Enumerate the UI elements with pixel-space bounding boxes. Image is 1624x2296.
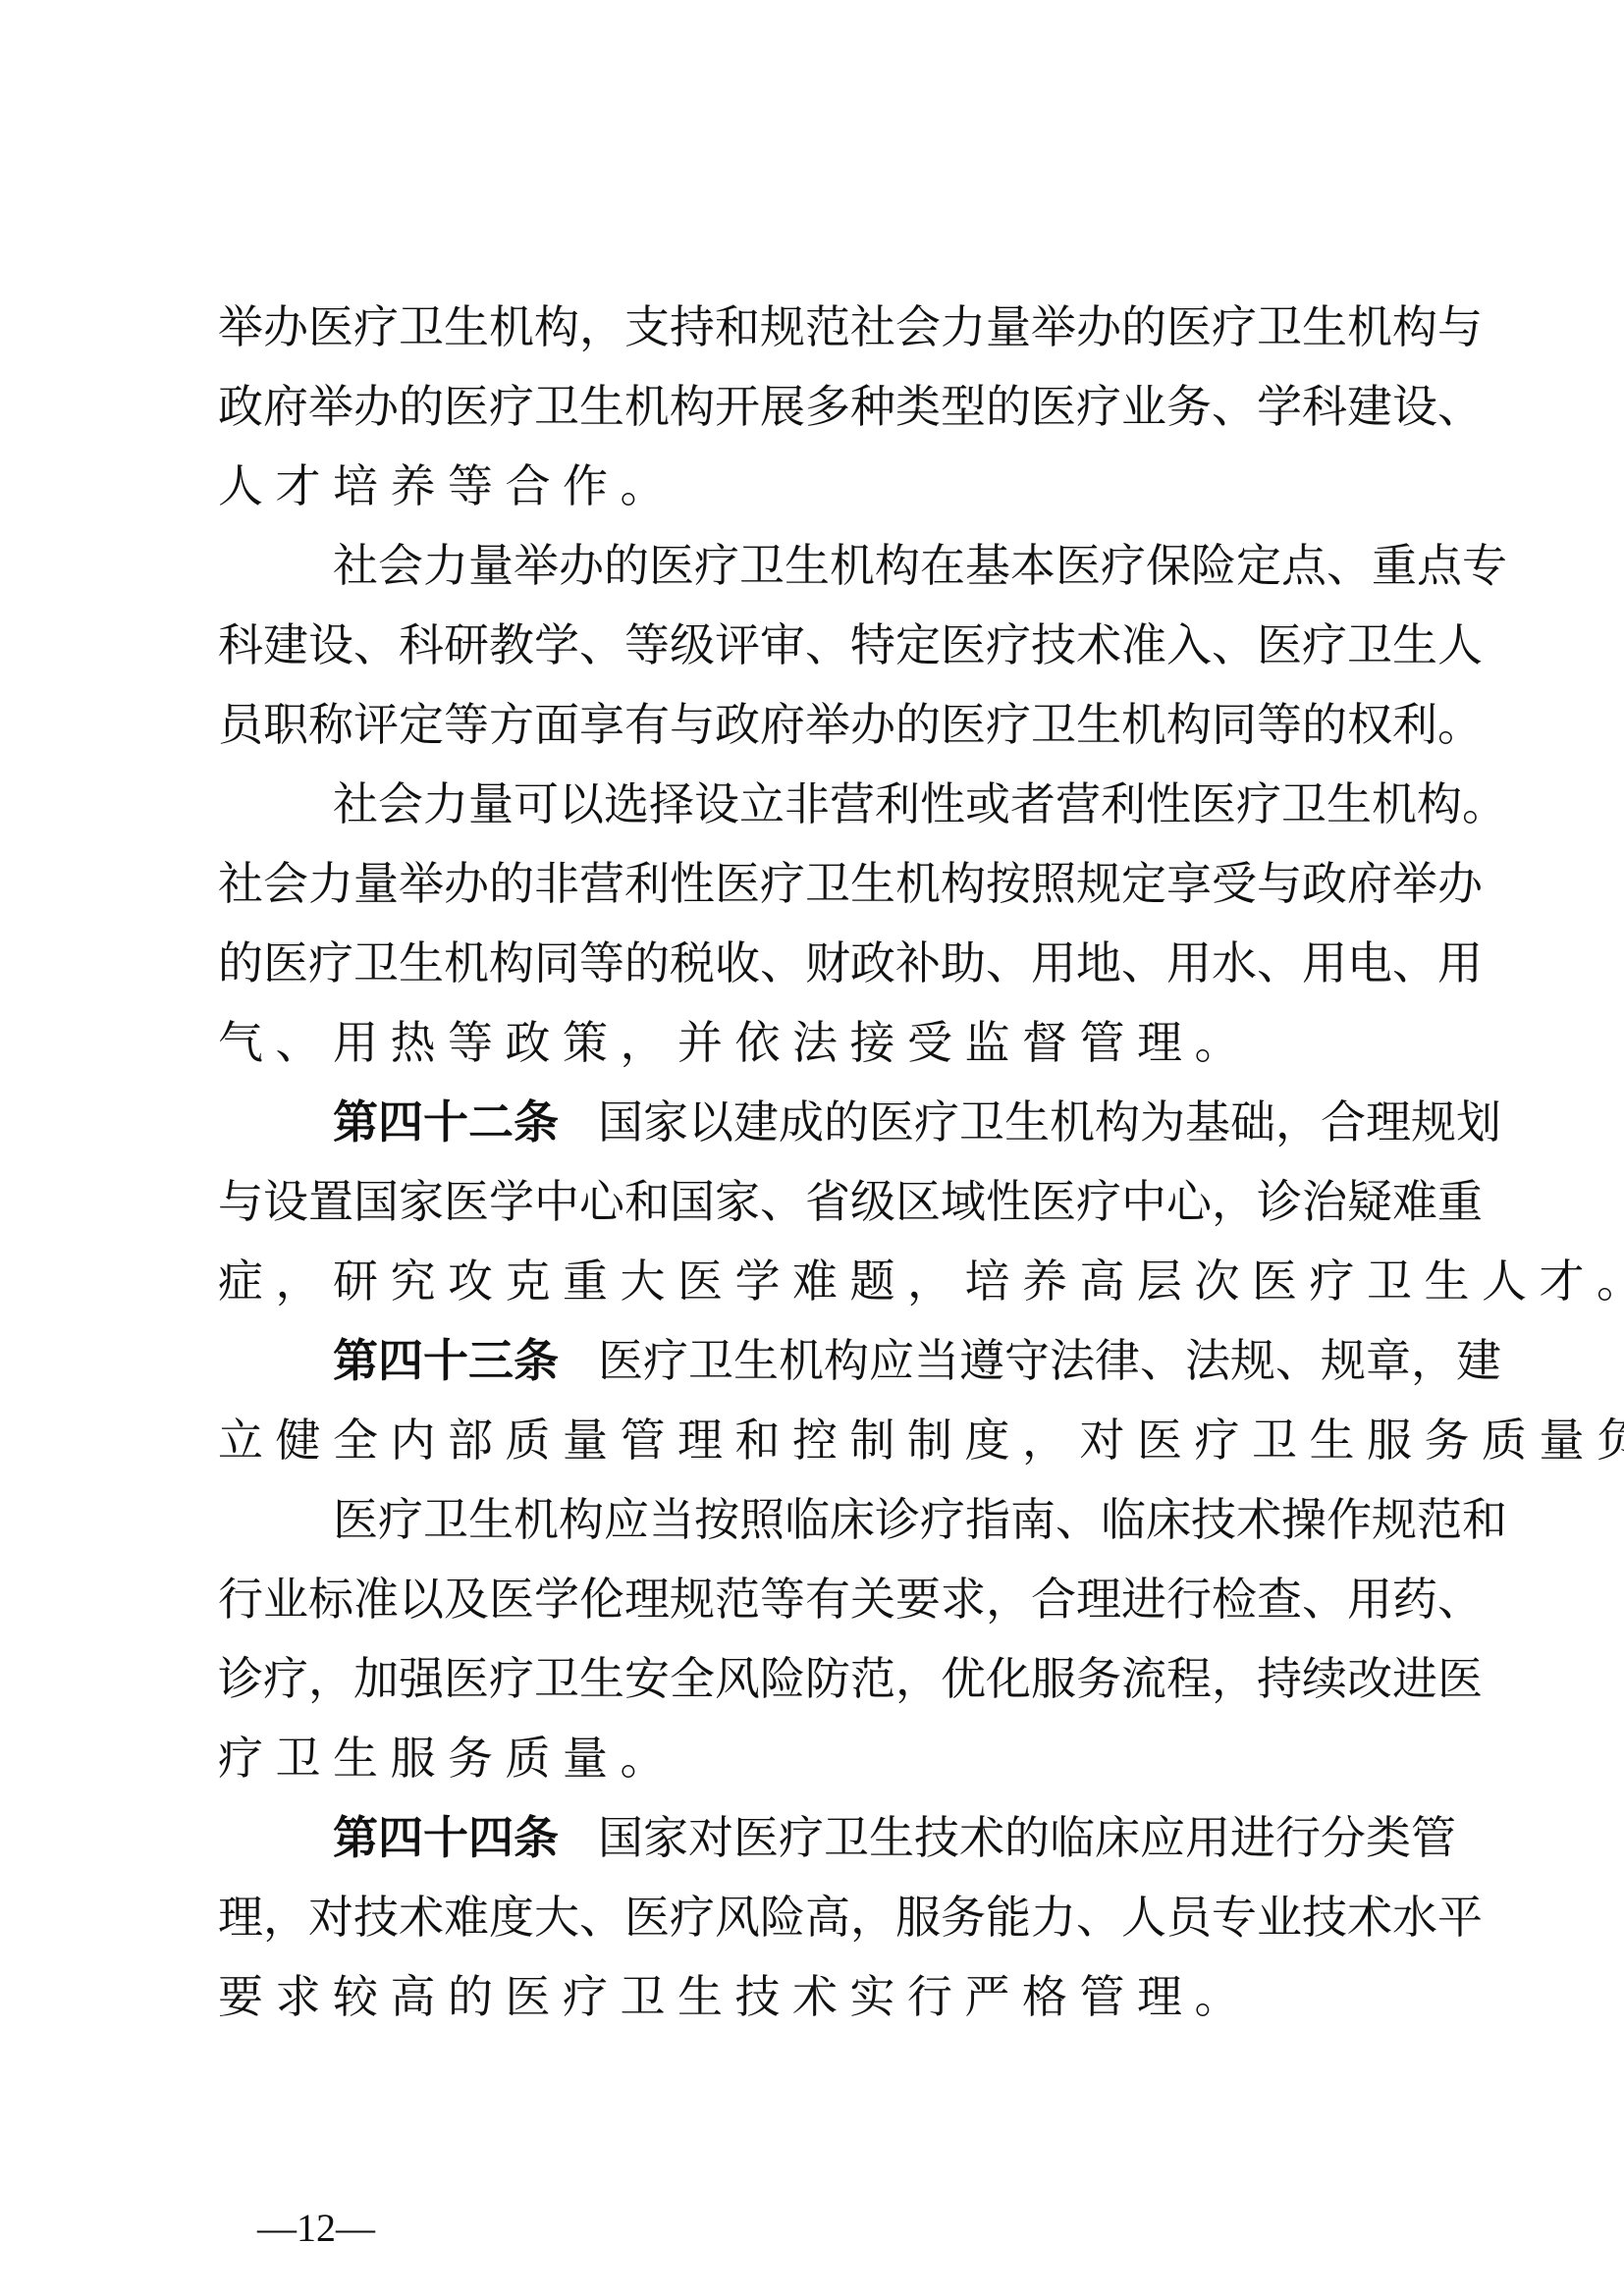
text-line: 症，研究攻克重大医学难题，培养高层次医疗卫生人才。 xyxy=(218,1252,1429,1310)
article-42-line: 第四十二条国家以建成的医疗卫生机构为基础，合理规划 xyxy=(333,1093,1429,1151)
text-line: 气、用热等政策，并依法接受监督管理。 xyxy=(218,1013,1429,1072)
text-line: 行业标准以及医学伦理规范等有关要求，合理进行检查、用药、 xyxy=(218,1570,1429,1629)
article-44-line: 第四十四条国家对医疗卫生技术的临床应用进行分类管 xyxy=(333,1808,1429,1867)
text-line: 员职称评定等方面享有与政府举办的医疗卫生机构同等的权利。 xyxy=(218,695,1429,754)
article-43-line: 第四十三条医疗卫生机构应当遵守法律、法规、规章，建 xyxy=(333,1331,1429,1390)
text-line: 医疗卫生机构应当按照临床诊疗指南、临床技术操作规范和 xyxy=(333,1490,1429,1549)
article-text: 国家以建成的医疗卫生机构为基础，合理规划 xyxy=(598,1095,1501,1148)
text-line: 要求较高的医疗卫生技术实行严格管理。 xyxy=(218,1967,1429,2026)
text-line: 疗卫生服务质量。 xyxy=(218,1729,1429,1788)
text-line: 社会力量举办的非营利性医疗卫生机构按照规定享受与政府举办 xyxy=(218,854,1429,913)
document-page: 举办医疗卫生机构，支持和规范社会力量举办的医疗卫生机构与 政府举办的医疗卫生机构… xyxy=(0,0,1624,2296)
article-heading: 第四十四条 xyxy=(333,1811,559,1864)
text-line: 立健全内部质量管理和控制制度，对医疗卫生服务质量负责。 xyxy=(218,1411,1429,1469)
text-line: 的医疗卫生机构同等的税收、财政补助、用地、用水、用电、用 xyxy=(218,934,1429,992)
article-heading: 第四十三条 xyxy=(333,1334,559,1387)
text-line: 政府举办的医疗卫生机构开展多种类型的医疗业务、学科建设、 xyxy=(218,377,1429,436)
text-line: 举办医疗卫生机构，支持和规范社会力量举办的医疗卫生机构与 xyxy=(218,297,1429,356)
article-heading: 第四十二条 xyxy=(333,1095,559,1148)
text-line: 社会力量举办的医疗卫生机构在基本医疗保险定点、重点专 xyxy=(333,536,1429,595)
text-line: 科建设、科研教学、等级评审、特定医疗技术准入、医疗卫生人 xyxy=(218,615,1429,674)
text-line: 人才培养等合作。 xyxy=(218,456,1429,515)
article-text: 医疗卫生机构应当遵守法律、法规、规章，建 xyxy=(598,1334,1501,1387)
page-number: —12— xyxy=(257,2204,375,2253)
text-line: 社会力量可以选择设立非营利性或者营利性医疗卫生机构。 xyxy=(333,774,1429,833)
article-text: 国家对医疗卫生技术的临床应用进行分类管 xyxy=(598,1811,1456,1864)
text-line: 与设置国家医学中心和国家、省级区域性医疗中心，诊治疑难重 xyxy=(218,1172,1429,1231)
text-line: 诊疗，加强医疗卫生安全风险防范，优化服务流程，持续改进医 xyxy=(218,1649,1429,1708)
text-line: 理，对技术难度大、医疗风险高，服务能力、人员专业技术水平 xyxy=(218,1888,1429,1947)
